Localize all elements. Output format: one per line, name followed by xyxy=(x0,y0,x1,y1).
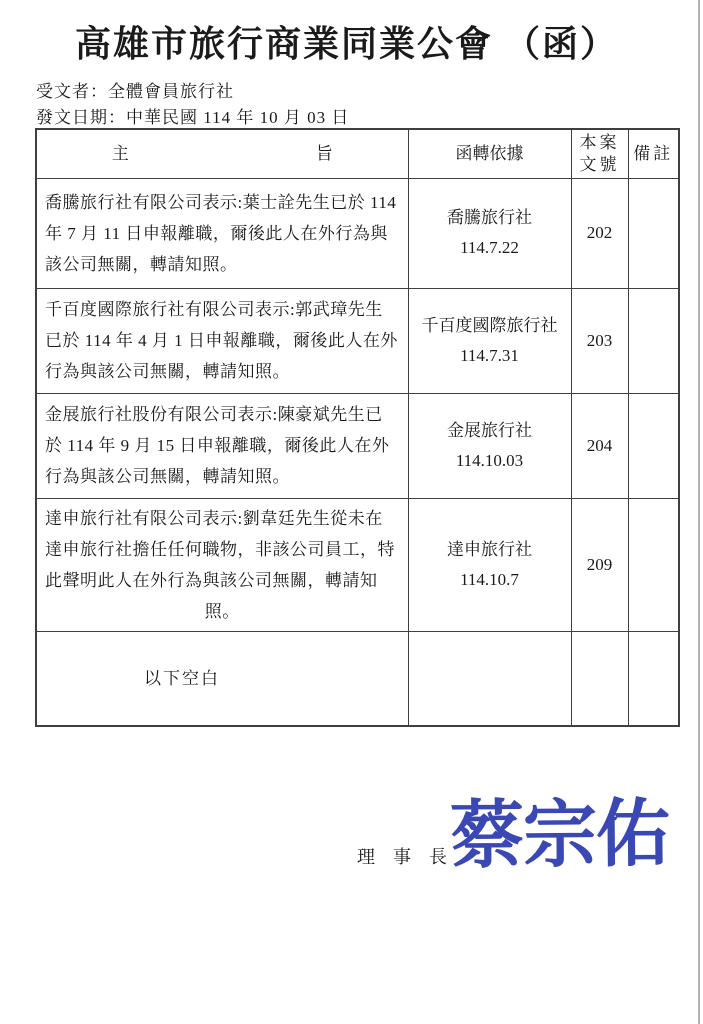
case-number-cell xyxy=(571,631,628,726)
basis-cell: 千百度國際旅行社 114.7.31 xyxy=(408,288,571,393)
note-cell xyxy=(628,631,679,726)
issue-date-line: 發文日期：中華民國 114 年 10 月 03 日 xyxy=(36,103,349,128)
notice-table: 主 旨 函轉依據 本案文號 備註 喬騰旅行社有限公司表示:葉士詮先生已於 114… xyxy=(35,128,680,727)
case-number-cell: 204 xyxy=(571,393,628,498)
case-number-cell: 209 xyxy=(571,498,628,631)
document-page: 高雄市旅行商業同業公會 （函） 受文者：全體會員旅行社 發文日期：中華民國 11… xyxy=(0,0,703,1024)
case-number-cell: 203 xyxy=(571,288,628,393)
table-row: 以下空白 xyxy=(36,631,679,726)
subject-cell: 以下空白 xyxy=(36,631,408,726)
basis-cell: 金展旅行社 114.10.03 xyxy=(408,393,571,498)
basis-org: 達申旅行社 xyxy=(411,535,569,565)
table-row: 金展旅行社股份有限公司表示:陳豪斌先生已於 114 年 9 月 15 日申報離職… xyxy=(36,393,679,498)
page-title: 高雄市旅行商業同業公會 （函） xyxy=(0,16,693,67)
basis-cell xyxy=(408,631,571,726)
table-row: 千百度國際旅行社有限公司表示:郭武璋先生已於 114 年 4 月 1 日申報離職… xyxy=(36,288,679,393)
basis-date: 114.7.31 xyxy=(411,341,569,371)
basis-date: 114.7.22 xyxy=(411,233,569,263)
subject-cell: 達申旅行社有限公司表示:劉韋廷先生從未在達申旅行社擔任任何職物，非該公司員工，特… xyxy=(36,498,408,631)
case-number-cell: 202 xyxy=(571,178,628,288)
basis-date: 114.10.7 xyxy=(411,565,569,595)
basis-cell: 達申旅行社 114.10.7 xyxy=(408,498,571,631)
note-cell xyxy=(628,393,679,498)
header-subject: 主 旨 xyxy=(36,129,408,178)
note-cell xyxy=(628,498,679,631)
subject-cell: 千百度國際旅行社有限公司表示:郭武璋先生已於 114 年 4 月 1 日申報離職… xyxy=(36,288,408,393)
basis-org: 千百度國際旅行社 xyxy=(411,311,569,341)
chairman-signature: 蔡宗佑 xyxy=(450,775,670,883)
header-basis: 函轉依據 xyxy=(408,129,571,178)
subject-cell: 喬騰旅行社有限公司表示:葉士詮先生已於 114 年 7 月 11 日申報離職，爾… xyxy=(36,178,408,288)
subject-cell: 金展旅行社股份有限公司表示:陳豪斌先生已於 114 年 9 月 15 日申報離職… xyxy=(36,393,408,498)
table-header-row: 主 旨 函轉依據 本案文號 備註 xyxy=(36,129,679,178)
basis-org: 喬騰旅行社 xyxy=(411,203,569,233)
note-cell xyxy=(628,288,679,393)
recipient-line: 受文者：全體會員旅行社 xyxy=(36,77,234,102)
basis-org: 金展旅行社 xyxy=(411,416,569,446)
header-note: 備註 xyxy=(628,129,679,178)
note-cell xyxy=(628,178,679,288)
page-right-edge xyxy=(698,0,700,1024)
table-row: 達申旅行社有限公司表示:劉韋廷先生從未在達申旅行社擔任任何職物，非該公司員工，特… xyxy=(36,498,679,631)
basis-date: 114.10.03 xyxy=(411,446,569,476)
header-case-number: 本案文號 xyxy=(571,129,628,178)
chairman-label: 理 事 長 xyxy=(357,843,447,869)
table-row: 喬騰旅行社有限公司表示:葉士詮先生已於 114 年 7 月 11 日申報離職，爾… xyxy=(36,178,679,288)
basis-cell: 喬騰旅行社 114.7.22 xyxy=(408,178,571,288)
